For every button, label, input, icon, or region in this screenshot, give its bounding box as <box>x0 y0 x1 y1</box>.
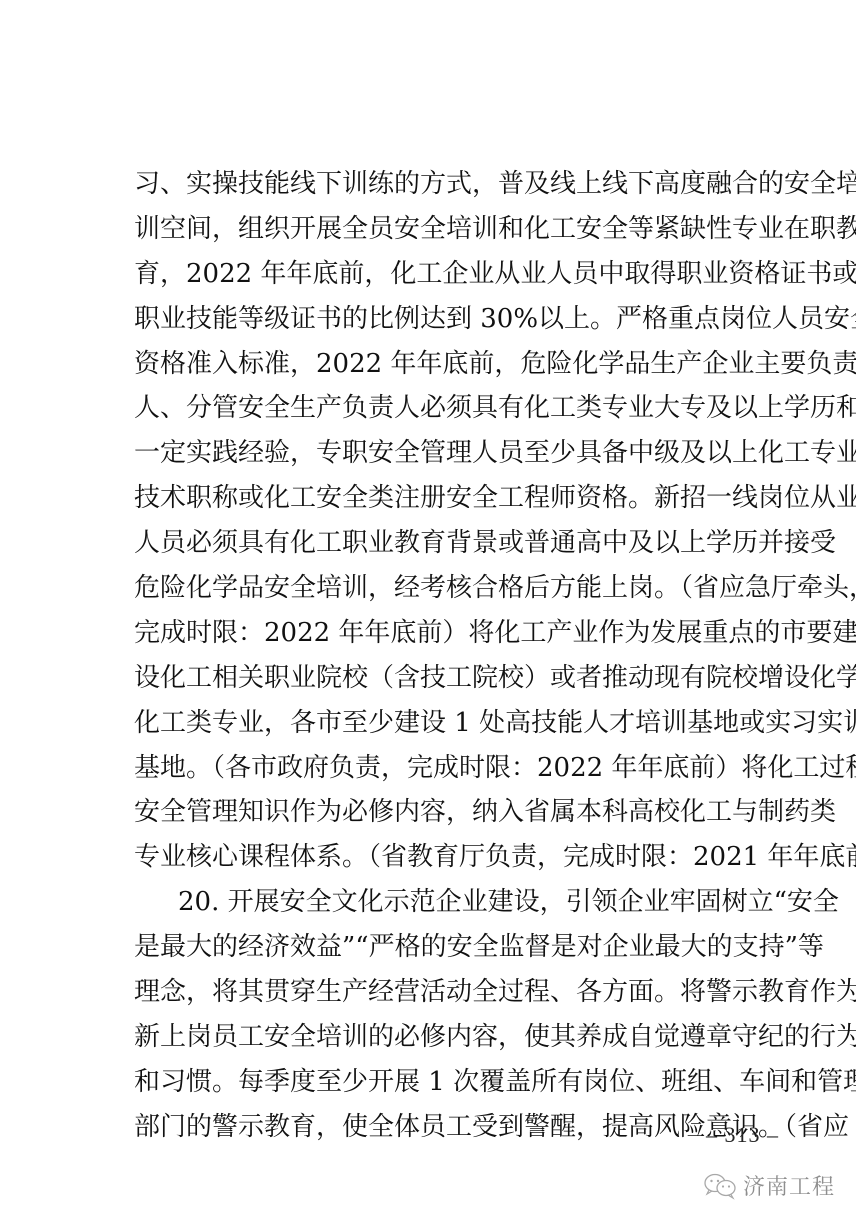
text-line: 训空间，组织开展全员安全培训和化工安全等紧缺性专业在职教 <box>134 207 746 252</box>
text-line: 和习惯。每季度至少开展 1 次覆盖所有岗位、班组、车间和管理 <box>134 1060 746 1105</box>
text-line: 完成时限：2022 年年底前）将化工产业作为发展重点的市要建 <box>134 611 746 656</box>
text-line: 技术职称或化工安全类注册安全工程师资格。新招一线岗位从业 <box>134 476 746 521</box>
page-number: – 313 – <box>706 1122 779 1148</box>
document-body: 习、实操技能线下训练的方式，普及线上线下高度融合的安全培 训空间，组织开展全员安… <box>134 162 746 1150</box>
text-line: 新上岗员工安全培训的必修内容，使其养成自觉遵章守纪的行为 <box>134 1015 746 1060</box>
text-line: 是最大的经济效益”“严格的安全监督是对企业最大的支持”等 <box>134 925 746 970</box>
text-line: 设化工相关职业院校（含技工院校）或者推动现有院校增设化学 <box>134 656 746 701</box>
text-line: 人员必须具有化工职业教育背景或普通高中及以上学历并接受 <box>134 521 746 566</box>
watermark-text: 济南工程 <box>743 1170 835 1201</box>
text-line: 危险化学品安全培训，经考核合格后方能上岗。（省应急厅牵头， <box>134 566 746 611</box>
text-line: 化工类专业，各市至少建设 1 处高技能人才培训基地或实习实训 <box>134 701 746 746</box>
wechat-icon <box>703 1172 737 1200</box>
text-line: 专业核心课程体系。（省教育厅负责，完成时限：2021 年年底前） <box>134 835 746 880</box>
text-line: 部门的警示教育，使全体员工受到警醒，提高风险意识。（省应 <box>134 1105 746 1150</box>
text-line: 习、实操技能线下训练的方式，普及线上线下高度融合的安全培 <box>134 162 746 207</box>
text-line: 人、分管安全生产负责人必须具有化工类专业大专及以上学历和 <box>134 386 746 431</box>
text-line: 安全管理知识作为必修内容，纳入省属本科高校化工与制药类 <box>134 790 746 835</box>
watermark: 济南工程 <box>703 1170 835 1201</box>
text-line: 职业技能等级证书的比例达到 30%以上。严格重点岗位人员安全 <box>134 297 746 342</box>
text-line: 基地。（各市政府负责，完成时限：2022 年年底前）将化工过程 <box>134 746 746 791</box>
text-line: 理念，将其贯穿生产经营活动全过程、各方面。将警示教育作为 <box>134 970 746 1015</box>
paragraph-start-line: 20. 开展安全文化示范企业建设，引领企业牢固树立“安全 <box>134 880 746 925</box>
text-line: 资格准入标准，2022 年年底前，危险化学品生产企业主要负责 <box>134 342 746 387</box>
text-line: 一定实践经验，专职安全管理人员至少具备中级及以上化工专业 <box>134 431 746 476</box>
text-line: 育，2022 年年底前，化工企业从业人员中取得职业资格证书或 <box>134 252 746 297</box>
